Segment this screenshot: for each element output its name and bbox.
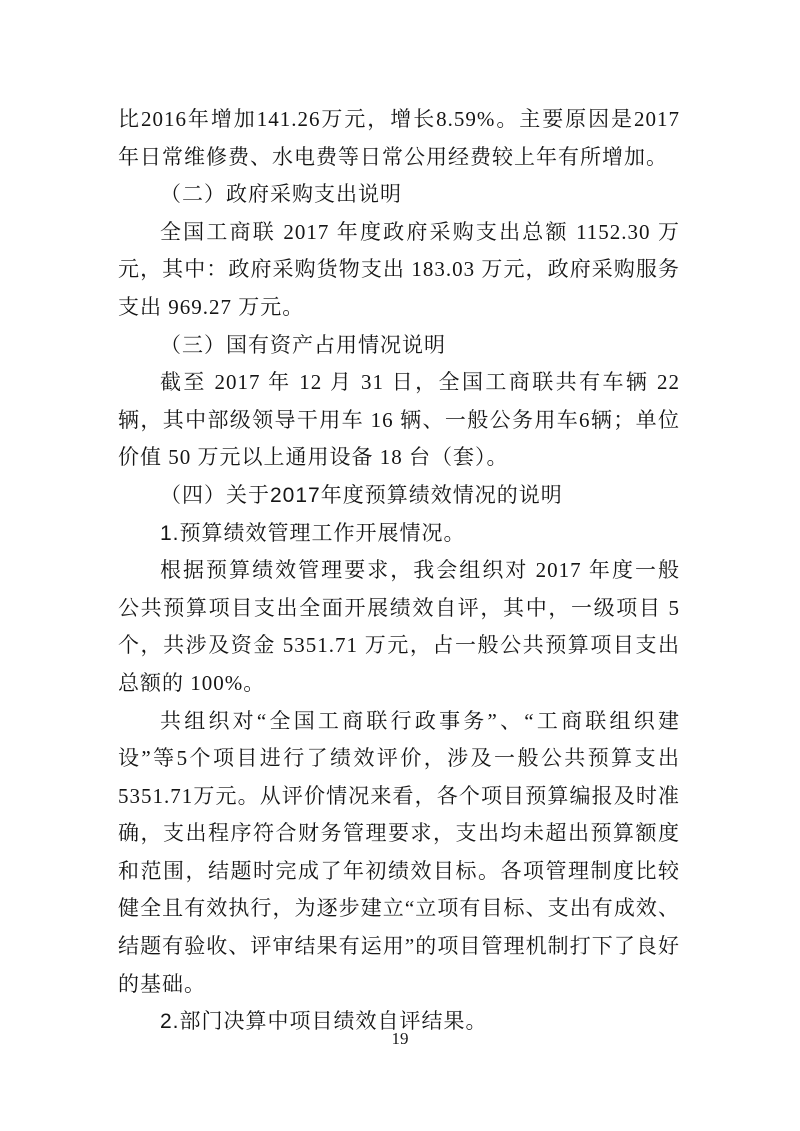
- paragraph-project-evaluation: 共组织对“全国工商联行政事务”、“工商联组织建设”等5个项目进行了绩效评价，涉及…: [118, 703, 680, 1004]
- paragraph-procurement-detail: 全国工商联 2017 年度政府采购支出总额 1152.30 万元，其中：政府采购…: [118, 214, 680, 327]
- paragraph-budget-increase: 比2016年增加141.26万元，增长8.59%。主要原因是2017 年日常维修…: [118, 101, 680, 176]
- document-page: 比2016年增加141.26万元，增长8.59%。主要原因是2017 年日常维修…: [0, 0, 800, 1131]
- paragraph-assets-detail: 截至 2017 年 12 月 31 日，全国工商联共有车辆 22 辆，其中部级领…: [118, 364, 680, 477]
- section-heading-government-procurement: （二）政府采购支出说明: [118, 176, 680, 214]
- paragraph-self-evaluation: 根据预算绩效管理要求，我会组织对 2017 年度一般公共预算项目支出全面开展绩效…: [118, 552, 680, 702]
- section-heading-budget-performance: （四）关于2017年度预算绩效情况的说明: [118, 477, 680, 515]
- page-number: 19: [0, 1028, 800, 1050]
- section-heading-state-assets: （三）国有资产占用情况说明: [118, 327, 680, 365]
- document-body: 比2016年增加141.26万元，增长8.59%。主要原因是2017 年日常维修…: [118, 101, 680, 1041]
- subheading-performance-management: 1.预算绩效管理工作开展情况。: [118, 515, 680, 553]
